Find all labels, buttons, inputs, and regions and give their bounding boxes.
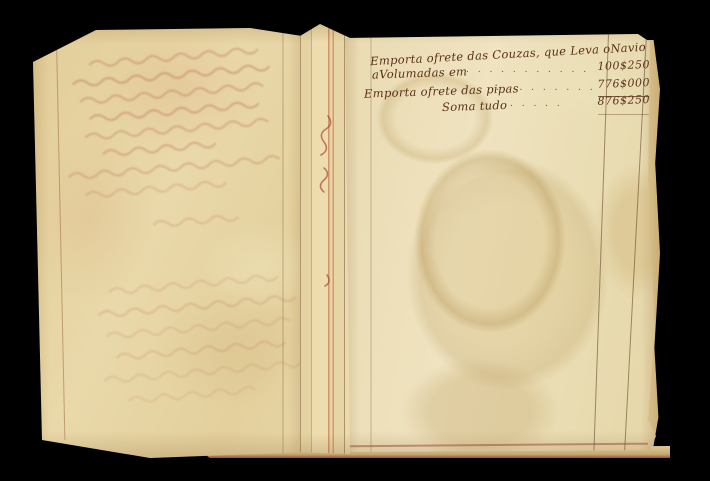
ink-squiggle-icon [300,20,350,460]
manuscript-photo: Emporta ofrete das Couzas, que Leva oNav… [0,0,710,481]
bottom-margin-rule [348,443,648,447]
book-gutter [300,20,350,460]
dot-leader: . . . . . [510,99,594,109]
ledger-entries: Emporta ofrete das Couzas, que Leva oNav… [358,40,654,128]
dot-leader: . . . . . . . . . . [496,83,596,93]
ledger-total-label: Soma tudo [442,98,508,114]
left-page-crease [282,28,284,458]
ledger-line-2-label: aVolumadas em [372,64,468,81]
dot-leader: . . . . . . . . . . . . . [466,65,596,75]
handwriting-bleedthrough-icon [30,18,310,462]
ledger-line-2-amount: 100$250 [594,58,650,73]
ledger-total-amount: 876$250 [594,93,650,108]
right-page: Emporta ofrete das Couzas, que Leva oNav… [340,26,660,456]
sum-rule-under [598,114,652,115]
left-page [30,18,310,462]
ledger-line-3-amount: 776$000 [594,76,650,91]
